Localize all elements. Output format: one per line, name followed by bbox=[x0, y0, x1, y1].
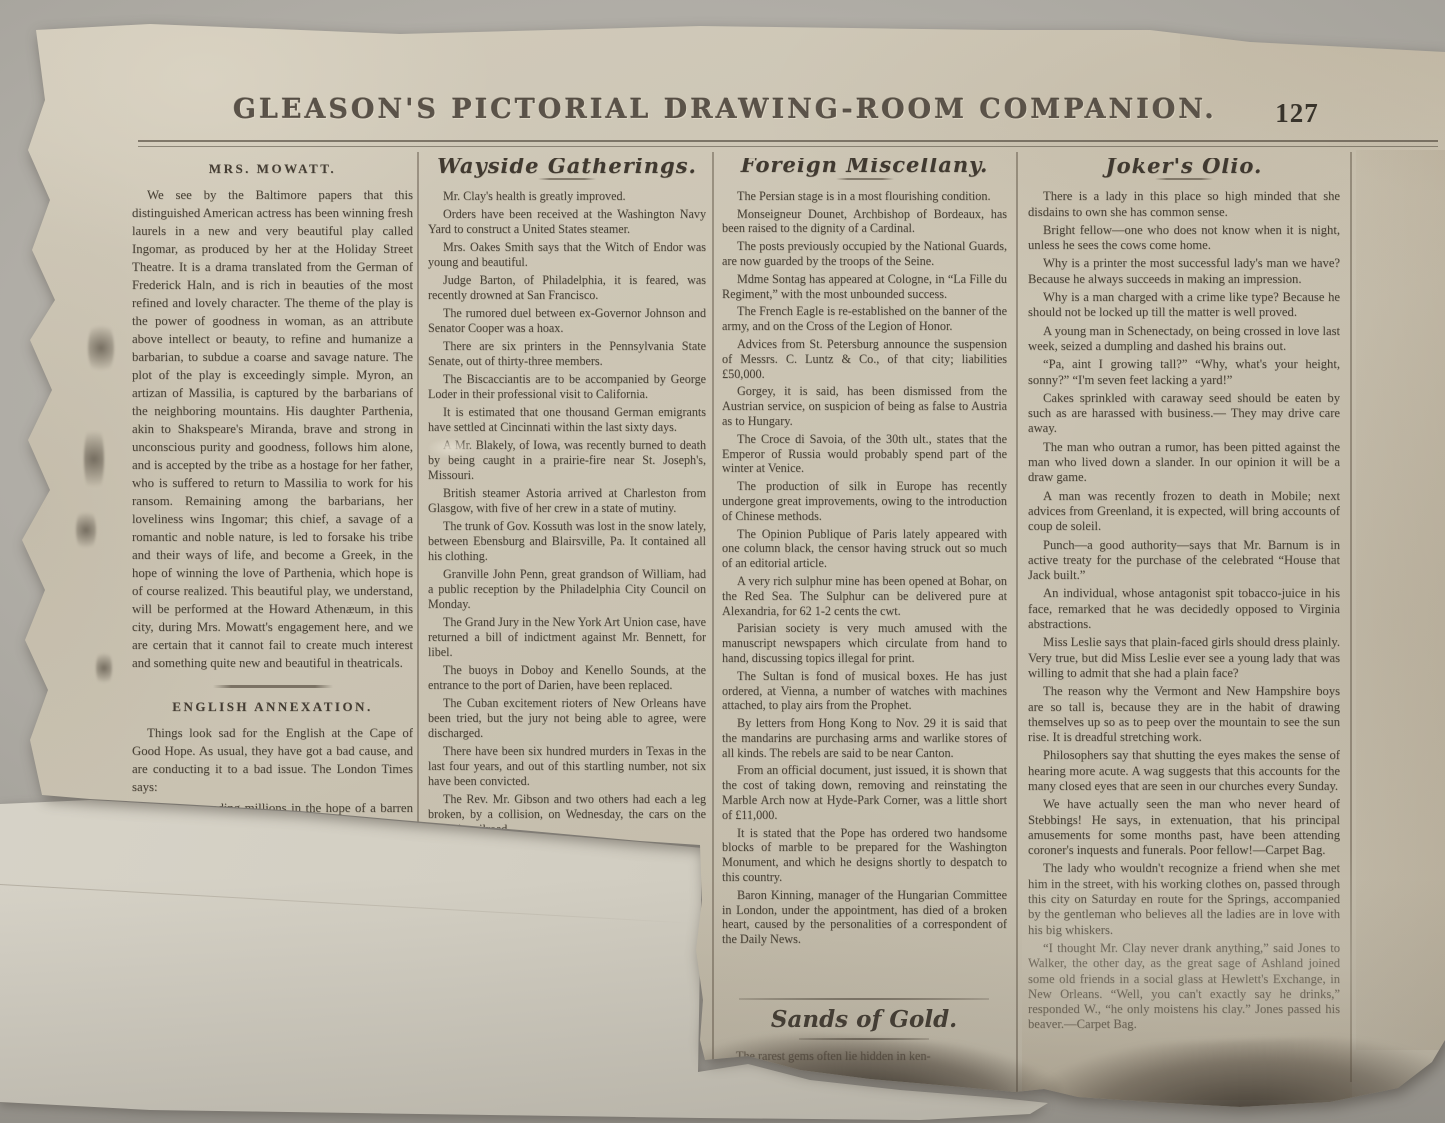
edge-stain bbox=[96, 1066, 216, 1092]
edge-stain bbox=[76, 506, 96, 554]
news-item: Philosophers say that shutting the eyes … bbox=[1028, 748, 1340, 794]
column-heading-wayside-gatherings: Wayside Gatherings. bbox=[428, 158, 706, 173]
news-item: The French Eagle is re-established on th… bbox=[722, 304, 1007, 334]
column-heading-jokers-olio: Joker's Olio. bbox=[1028, 158, 1340, 173]
jokers-olio-items: There is a lady in this place so high mi… bbox=[1028, 189, 1340, 1032]
heading-rule bbox=[836, 178, 894, 180]
news-item: Parisian society is very much amused wit… bbox=[722, 621, 1007, 665]
heading-rule bbox=[538, 178, 596, 180]
column-divider-1 bbox=[417, 152, 419, 842]
news-item: Punch—a good authority—says that Mr. Bar… bbox=[1028, 538, 1340, 584]
news-item: The buoys in Doboy and Kenello Sounds, a… bbox=[428, 663, 706, 693]
news-item: The rumored duel between ex-Governor Joh… bbox=[428, 306, 706, 336]
news-item: Mrs. Oakes Smith says that the Witch of … bbox=[428, 240, 706, 270]
news-item: The Croce di Savoia, of the 30th ult., s… bbox=[722, 432, 1007, 476]
section-separator-ornament bbox=[213, 685, 333, 688]
article-body-mrs-mowatt: We see by the Baltimore papers that this… bbox=[132, 186, 413, 672]
news-item: Mr. Clay's health is greatly improved. bbox=[428, 189, 706, 204]
news-item: A young man in Schenectady, on being cro… bbox=[1028, 324, 1340, 355]
column-jokers-olio: Joker's Olio. There is a lady in this pl… bbox=[1028, 158, 1340, 1106]
news-item: Orders have been received at the Washing… bbox=[428, 207, 706, 237]
newspaper-clipping-wrap: GLEASON'S PICTORIAL DRAWING-ROOM COMPANI… bbox=[0, 0, 1445, 1123]
news-item: The Cuban excitement rioters of New Orle… bbox=[428, 696, 706, 741]
news-item: Judge Barton, of Philadelphia, it is fea… bbox=[428, 273, 706, 303]
edge-stain bbox=[84, 420, 104, 498]
news-item: From an official document, just issued, … bbox=[722, 763, 1007, 822]
edge-stain bbox=[88, 318, 114, 378]
news-item: The Grand Jury in the New York Art Union… bbox=[428, 615, 706, 660]
news-item: It is estimated that one thousand German… bbox=[428, 405, 706, 435]
news-item: The lady who wouldn't recognize a friend… bbox=[1028, 861, 1340, 937]
section-sands-of-gold: Sands of Gold. The rarest gems often lie… bbox=[712, 998, 1016, 1064]
column-heading-foreign-miscellany: Foreign Miscellany. bbox=[722, 158, 1007, 173]
news-item: Advices from St. Petersburg announce the… bbox=[722, 337, 1007, 381]
news-item: Mdme Sontag has appeared at Cologne, in … bbox=[722, 272, 1007, 302]
news-item: Granville John Penn, great grandson of W… bbox=[428, 567, 706, 612]
news-item: An individual, whose antagonist spit tob… bbox=[1028, 586, 1340, 632]
section-rule-bottom bbox=[799, 1038, 929, 1040]
news-item: Cakes sprinkled with caraway seed should… bbox=[1028, 391, 1340, 437]
news-item: Why is a man charged with a crime like t… bbox=[1028, 290, 1340, 321]
column-wayside-gatherings: Wayside Gatherings. Mr. Clay's health is… bbox=[428, 158, 706, 858]
news-item: The trunk of Gov. Kossuth was lost in th… bbox=[428, 519, 706, 564]
news-item: British steamer Astoria arrived at Charl… bbox=[428, 486, 706, 516]
news-item: The production of silk in Europe has rec… bbox=[722, 479, 1007, 523]
section-heading-sands-of-gold: Sands of Gold. bbox=[712, 1006, 1016, 1033]
page-number: 127 bbox=[1262, 98, 1332, 129]
news-item: Monseigneur Dounet, Archbishop of Bordea… bbox=[722, 207, 1007, 237]
news-item: It is stated that the Pope has ordered t… bbox=[722, 826, 1007, 885]
article-quote-english-annexation: “We are spending millions in the hope of… bbox=[132, 799, 413, 820]
news-item: There are six printers in the Pennsylvan… bbox=[428, 339, 706, 369]
news-item: We have actually seen the man who never … bbox=[1028, 797, 1340, 858]
news-item: Miss Leslie says that plain-faced girls … bbox=[1028, 635, 1340, 681]
news-item: The posts previously occupied by the Nat… bbox=[722, 239, 1007, 269]
news-item: Gorgey, it is said, has been dismissed f… bbox=[722, 384, 1007, 428]
newspaper-clipping: GLEASON'S PICTORIAL DRAWING-ROOM COMPANI… bbox=[0, 0, 1445, 1123]
news-item: “Pa, aint I growing tall?” “Why, what's … bbox=[1028, 357, 1340, 388]
section-rule-top bbox=[739, 998, 989, 1000]
photo-background: GLEASON'S PICTORIAL DRAWING-ROOM COMPANI… bbox=[0, 0, 1445, 1123]
article-body-english-annexation: Things look sad for the English at the C… bbox=[132, 724, 413, 796]
masthead-title: GLEASON'S PICTORIAL DRAWING-ROOM COMPANI… bbox=[140, 94, 1310, 125]
news-item: The Sultan is fond of musical boxes. He … bbox=[722, 669, 1007, 713]
article-heading-english-annexation: ENGLISH ANNEXATION. bbox=[132, 698, 413, 716]
news-item: Bright fellow—one who does not know when… bbox=[1028, 223, 1340, 254]
column-mrs-mowatt: MRS. MOWATT. We see by the Baltimore pap… bbox=[132, 158, 413, 820]
news-item: Baron Kinning, manager of the Hungarian … bbox=[722, 888, 1007, 947]
news-item: There is a lady in this place so high mi… bbox=[1028, 189, 1340, 220]
news-item: The Biscacciantis are to be accompanied … bbox=[428, 372, 706, 402]
news-item: A man was recently frozen to death in Mo… bbox=[1028, 489, 1340, 535]
article-heading-mrs-mowatt: MRS. MOWATT. bbox=[132, 160, 413, 178]
column-foreign-miscellany: Foreign Miscellany. The Persian stage is… bbox=[722, 158, 1007, 1004]
heading-rule bbox=[1155, 178, 1213, 180]
header-rule bbox=[138, 140, 1438, 147]
edge-stain bbox=[96, 648, 112, 688]
news-item: A Mr. Blakely, of Iowa, was recently bur… bbox=[428, 438, 706, 483]
column-divider-2 bbox=[712, 152, 714, 1060]
news-item: The man who outran a rumor, has been pit… bbox=[1028, 440, 1340, 486]
foreign-miscellany-items: The Persian stage is in a most flourishi… bbox=[722, 189, 1007, 947]
news-item: The Rev. Mr. Gibson and two others had e… bbox=[428, 792, 706, 837]
news-item: A very rich sulphur mine has been opened… bbox=[722, 574, 1007, 618]
news-item: The Persian stage is in a most flourishi… bbox=[722, 189, 1007, 204]
news-item: The Opinion Publique of Paris lately app… bbox=[722, 527, 1007, 571]
news-item: The reason why the Vermont and New Hamps… bbox=[1028, 684, 1340, 745]
sands-of-gold-first-line: The rarest gems often lie hidden in ken- bbox=[712, 1049, 1016, 1064]
news-item: “I thought Mr. Clay never drank anything… bbox=[1028, 941, 1340, 1033]
column-divider-4 bbox=[1350, 152, 1352, 1082]
column-divider-3 bbox=[1016, 152, 1018, 1102]
news-item: By letters from Hong Kong to Nov. 29 it … bbox=[722, 716, 1007, 760]
news-item: Why is a printer the most successful lad… bbox=[1028, 256, 1340, 287]
news-item: There have been six hundred murders in T… bbox=[428, 744, 706, 789]
right-margin-stain bbox=[1356, 150, 1445, 1050]
wayside-gatherings-items: Mr. Clay's health is greatly improved.Or… bbox=[428, 189, 706, 837]
